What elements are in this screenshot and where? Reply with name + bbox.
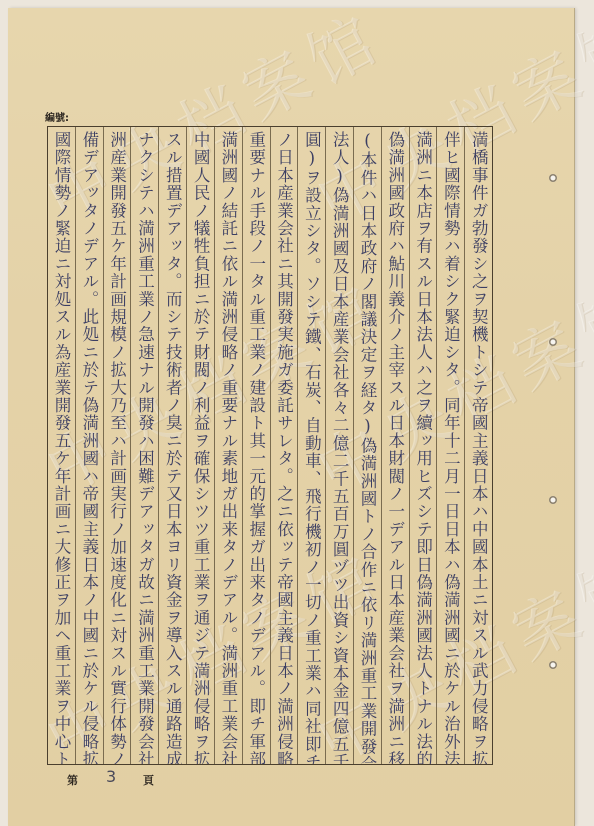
text-column: 備デアッタノデアル。此処ニ於テ偽満洲國ハ帝國主義日本ノ中國ニ於ケル侵略拡大ヲ支援… (75, 127, 103, 764)
page-suffix-label: 頁 (143, 772, 154, 788)
column-text: 法人)偽満洲國及日本産業会社各々二億二千五百万圓ヅツ出資シ資本金四億五千万 (326, 127, 353, 764)
text-column: 重要ナル手段ノ一タル重工業ノ建設ト其一元的掌握ガ出来タノデアル。即チ軍部財閥及偽 (242, 127, 270, 764)
text-column: 洲産業開發五ケ年計画規模ノ拡大乃至ハ計画実行ノ加速度化ニ対スル實行体勢ノ整 (103, 127, 131, 764)
column-text: 偽満洲國政府ハ鮎川義介ノ主宰スル日本財閥ノ一デアル日本産業会社ヲ満洲ニ移駐セシメ (382, 127, 409, 764)
page-number: 3 (106, 767, 116, 786)
column-text: ノ日本産業会社ニ其開發実施ガ委託サレタ。之ニ依ッテ帝國主義日本ノ満洲侵略ノ最 (271, 127, 298, 764)
text-column: スル措置デアッタ。而シテ技術者ノ臭ニ於テ又日本ヨリ資金ヲ導入スル通路造成ノ臭ニ於… (158, 127, 186, 764)
text-column: 満洲ニ本店ヲ有スル日本法人ハ之ヲ續ッ用ヒズシテ即日偽満洲國法人トナル法的措置ヲ利… (409, 127, 437, 764)
column-text: ナクシテハ満洲重工業ノ急速ナル開發ハ困難デアッタガ故ニ満洲重工業開發会社ノ設立ハ… (131, 127, 158, 764)
column-text: 満洲國ノ結託ニ依ル満洲侵略ノ重要ナル素地ガ出来タノデアル。満洲重工業会社ノ設立ハ (215, 127, 242, 764)
column-text: 國際情勢ノ緊迫ニ対処スル為産業開發五ケ年計画ニ大修正ヲ加ヘ重工業ヲ中心トスル鎮 (48, 127, 75, 764)
text-column: 圓)ヲ設立シタ。ソシテ鐵、石炭、自動車、飛行機初ノ一切ノ重工業ハ同社即チ鮎川義介 (297, 127, 325, 764)
text-column: ナクシテハ満洲重工業ノ急速ナル開發ハ困難デアッタガ故ニ満洲重工業開發会社ノ設立ハ… (130, 127, 158, 764)
column-text: 洲産業開發五ケ年計画規模ノ拡大乃至ハ計画実行ノ加速度化ニ対スル實行体勢ノ整 (104, 127, 131, 764)
column-text: スル措置デアッタ。而シテ技術者ノ臭ニ於テ又日本ヨリ資金ヲ導入スル通路造成ノ臭ニ於… (159, 127, 186, 764)
manuscript-grid: 満橋事件ガ勃發シ之ヲ契機トシテ帝國主義日本ハ中國本土ニ対スル武力侵略ヲ拡大シ之ニ… (47, 126, 493, 765)
column-text: 備デアッタノデアル。此処ニ於テ偽満洲國ハ帝國主義日本ノ中國ニ於ケル侵略拡大ヲ支援… (76, 127, 103, 764)
column-text: 重要ナル手段ノ一タル重工業ノ建設ト其一元的掌握ガ出来タノデアル。即チ軍部財閥及偽 (243, 127, 270, 764)
text-column: (本件ハ日本政府ノ閣議決定ヲ経タ)偽満洲國トノ合作ニ依リ満洲重工業開發会社(特殊 (353, 127, 381, 764)
binding-hole (549, 496, 557, 504)
column-text: 満橋事件ガ勃發シ之ヲ契機トシテ帝國主義日本ハ中國本土ニ対スル武力侵略ヲ拡大シ之ニ (465, 127, 492, 764)
text-column: 満洲國ノ結託ニ依ル満洲侵略ノ重要ナル素地ガ出来タノデアル。満洲重工業会社ノ設立ハ (214, 127, 242, 764)
text-column: 國際情勢ノ緊迫ニ対処スル為産業開發五ケ年計画ニ大修正ヲ加ヘ重工業ヲ中心トスル鎮 (48, 127, 75, 764)
text-column: 中國人民ノ犠牲負担ニ於テ財閥ノ利益ヲ確保シツツ重工業ヲ通ジテ満洲侵略ヲ拡大セント (186, 127, 214, 764)
binding-hole (549, 338, 557, 346)
binding-hole (549, 174, 557, 182)
column-text: 圓)ヲ設立シタ。ソシテ鐵、石炭、自動車、飛行機初ノ一切ノ重工業ハ同社即チ鮎川義介 (298, 127, 325, 764)
column-text: (本件ハ日本政府ノ閣議決定ヲ経タ)偽満洲國トノ合作ニ依リ満洲重工業開發会社(特殊 (354, 127, 381, 764)
text-column: ノ日本産業会社ニ其開發実施ガ委託サレタ。之ニ依ッテ帝國主義日本ノ満洲侵略ノ最 (270, 127, 298, 764)
text-column: 偽満洲國政府ハ鮎川義介ノ主宰スル日本財閥ノ一デアル日本産業会社ヲ満洲ニ移駐セシメ (381, 127, 409, 764)
text-column: 伴ヒ國際情勢ハ着シク緊迫シタ。同年十二月一日日本ハ偽満洲國ニ於ケル治外法权撤廢ノ… (436, 127, 464, 764)
text-column: 満橋事件ガ勃發シ之ヲ契機トシテ帝國主義日本ハ中國本土ニ対スル武力侵略ヲ拡大シ之ニ (464, 127, 492, 764)
column-text: 満洲ニ本店ヲ有スル日本法人ハ之ヲ續ッ用ヒズシテ即日偽満洲國法人トナル法的措置ヲ利… (410, 127, 437, 764)
text-column: 法人)偽満洲國及日本産業会社各々二億二千五百万圓ヅツ出資シ資本金四億五千万 (325, 127, 353, 764)
binding-hole (549, 661, 557, 669)
column-text: 中國人民ノ犠牲負担ニ於テ財閥ノ利益ヲ確保シツツ重工業ヲ通ジテ満洲侵略ヲ拡大セント (187, 127, 214, 764)
serial-number-label: 編號: (45, 109, 69, 124)
page-prefix-label: 第 (67, 772, 78, 788)
column-text: 伴ヒ國際情勢ハ着シク緊迫シタ。同年十二月一日日本ハ偽満洲國ニ於ケル治外法权撤廢ノ… (437, 127, 464, 764)
